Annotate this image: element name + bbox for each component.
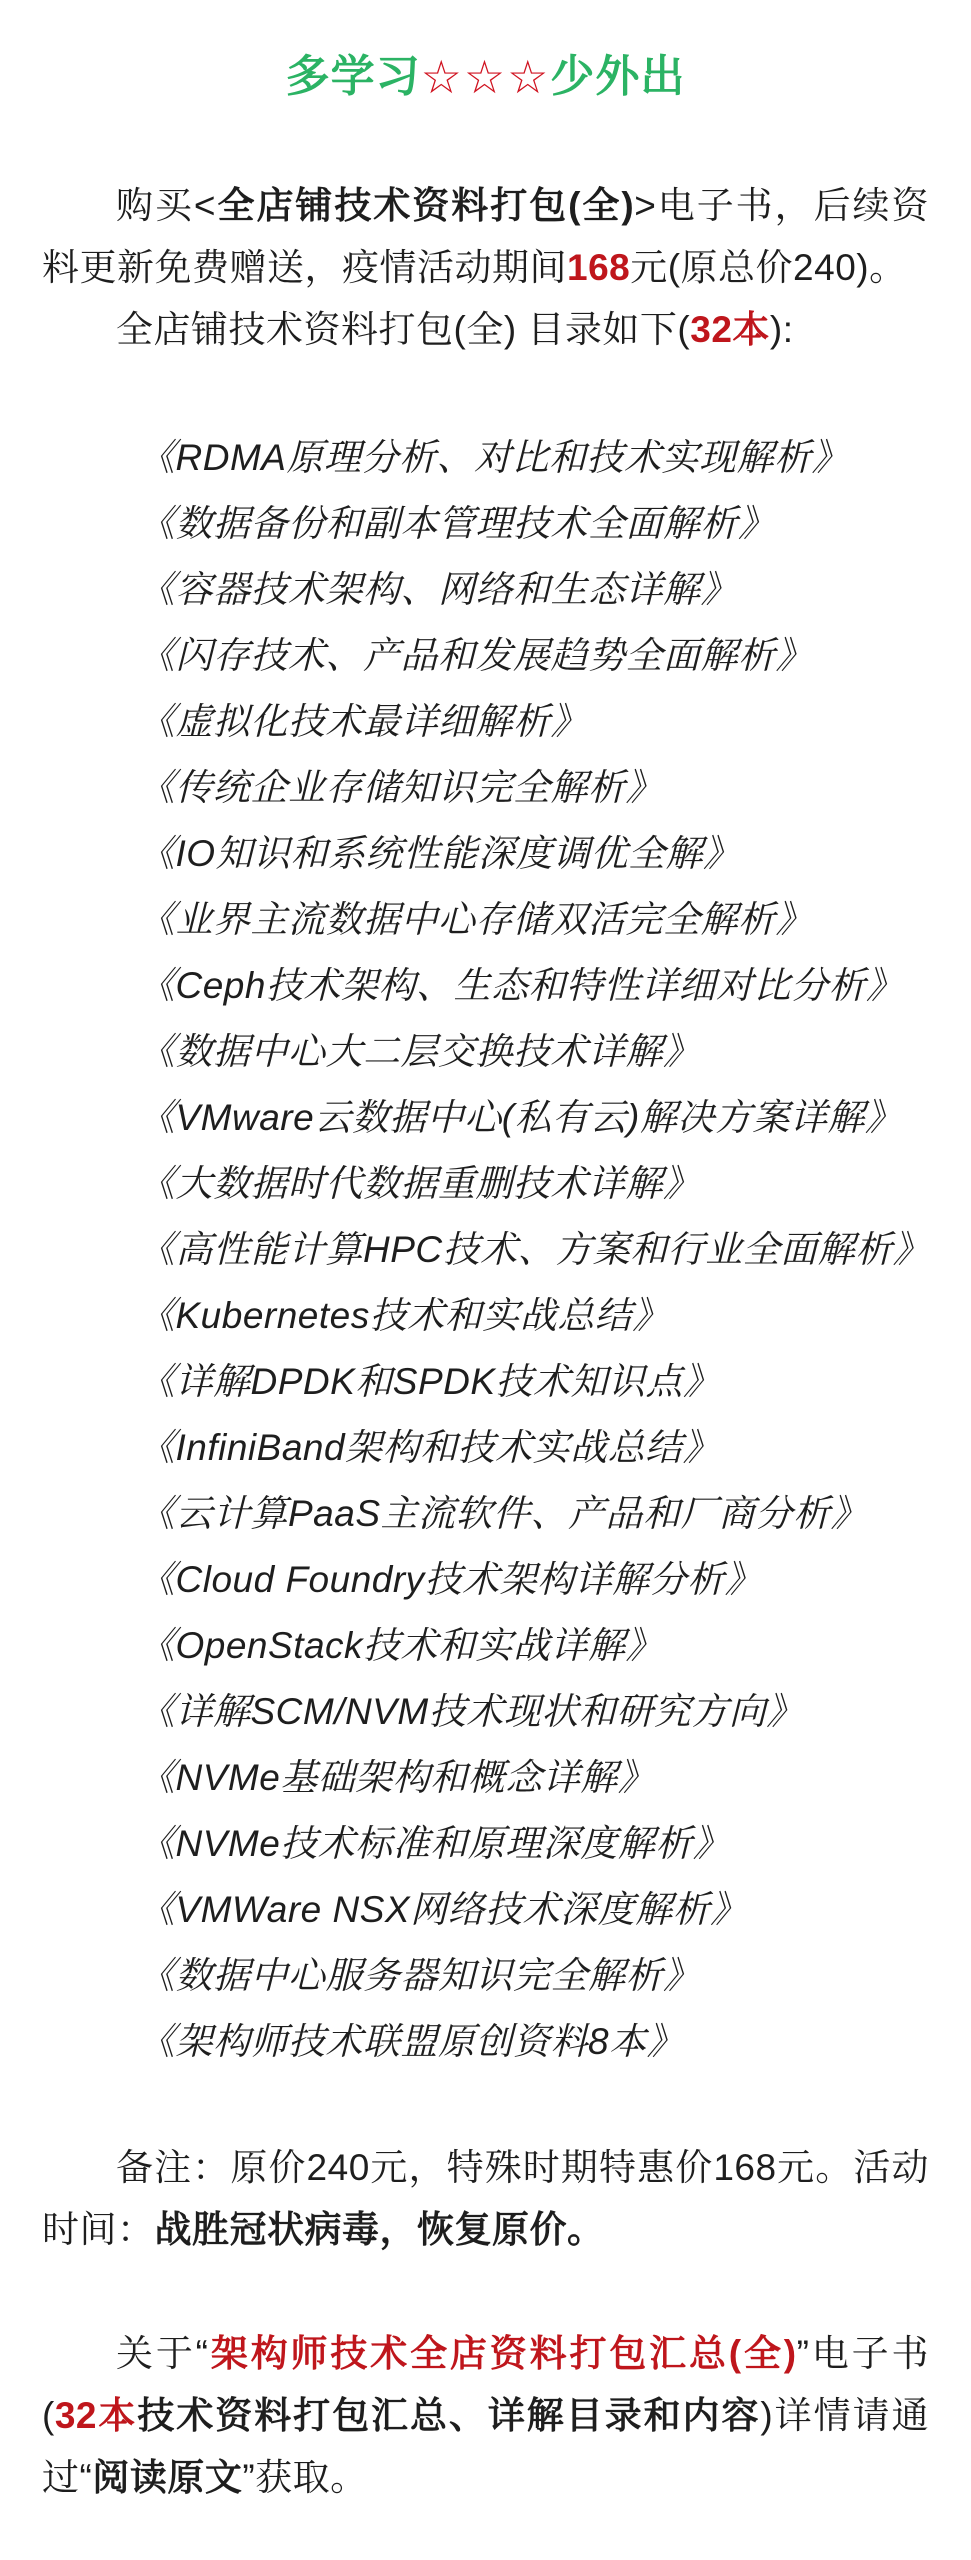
list-item: 《数据中心大二层交换技术详解》	[138, 1019, 929, 1085]
page-title: 多学习☆☆☆少外出	[42, 52, 929, 103]
catalog-run-2: ):	[770, 309, 794, 350]
intro-run-1: 购买<	[116, 185, 216, 226]
list-item: 《数据备份和副本管理技术全面解析》	[138, 491, 929, 557]
list-item: 《高性能计算HPC技术、方案和行业全面解析》	[138, 1217, 929, 1283]
list-item: 《Ceph技术架构、生态和特性详细对比分析》	[138, 953, 929, 1019]
list-item: 《容器技术架构、网络和生态详解》	[138, 557, 929, 623]
list-item: 《VMware云数据中心(私有云)解决方案详解》	[138, 1085, 929, 1151]
list-item: 《NVMe基础架构和概念详解》	[138, 1745, 929, 1811]
footer-run-4: ”获取。	[242, 2457, 367, 2498]
star-icons: ☆☆☆	[421, 51, 551, 103]
list-item: 《详解DPDK和SPDK技术知识点》	[138, 1349, 929, 1415]
list-item: 《InfiniBand架构和技术实战总结》	[138, 1415, 929, 1481]
list-item: 《闪存技术、产品和发展趋势全面解析》	[138, 623, 929, 689]
list-item: 《虚拟化技术最详细解析》	[138, 689, 929, 755]
catalog-run-1: 全店铺技术资料打包(全) 目录如下(	[116, 309, 690, 350]
list-item: 《Cloud Foundry技术架构详解分析》	[138, 1547, 929, 1613]
list-item: 《数据中心服务器知识完全解析》	[138, 1943, 929, 2009]
list-item: 《IO知识和系统性能深度调优全解》	[138, 821, 929, 887]
intro-run-3: 元(原总价240)。	[630, 247, 906, 288]
note-bold-phrase: 战胜冠状病毒，恢复原价。	[155, 2209, 605, 2250]
list-item: 《云计算PaaS主流软件、产品和厂商分析》	[138, 1481, 929, 1547]
list-item: 《架构师技术联盟原创资料8本》	[138, 2009, 929, 2075]
book-list: 《RDMA原理分析、对比和技术实现解析》《数据备份和副本管理技术全面解析》《容器…	[42, 425, 929, 2075]
list-item: 《业界主流数据中心存储双活完全解析》	[138, 887, 929, 953]
article-page: 多学习☆☆☆少外出 购买<全店铺技术资料打包(全)>电子书，后续资料更新免费赠送…	[0, 0, 971, 2560]
note-paragraph: 备注：原价240元，特殊时期特惠价168元。活动时间：战胜冠状病毒，恢复原价。	[42, 2137, 929, 2261]
title-left-text: 多学习	[286, 52, 421, 101]
list-item: 《传统企业存储知识完全解析》	[138, 755, 929, 821]
footer-contents-bold: 技术资料打包汇总、详解目录和内容	[137, 2395, 760, 2436]
footer-paragraph: 关于“架构师技术全店资料打包汇总(全)”电子书(32本技术资料打包汇总、详解目录…	[42, 2323, 929, 2509]
price-168-highlight: 168	[567, 247, 630, 288]
book-count-highlight: 32本	[690, 309, 770, 350]
list-item: 《RDMA原理分析、对比和技术实现解析》	[138, 425, 929, 491]
footer-run-1: 关于“	[116, 2333, 209, 2374]
intro-paragraph: 购买<全店铺技术资料打包(全)>电子书，后续资料更新免费赠送，疫情活动期间168…	[42, 175, 929, 299]
list-item: 《VMWare NSX网络技术深度解析》	[138, 1877, 929, 1943]
list-item: 《NVMe技术标准和原理深度解析》	[138, 1811, 929, 1877]
list-item: 《Kubernetes技术和实战总结》	[138, 1283, 929, 1349]
list-item: 《详解SCM/NVM技术现状和研究方向》	[138, 1679, 929, 1745]
title-right-text: 少外出	[550, 52, 685, 101]
footer-package-name-red: 架构师技术全店资料打包汇总(全)	[209, 2333, 797, 2374]
list-item: 《OpenStack技术和实战详解》	[138, 1613, 929, 1679]
list-item: 《大数据时代数据重删技术详解》	[138, 1151, 929, 1217]
package-name-bold: 全店铺技术资料打包(全)	[216, 185, 634, 226]
catalog-heading: 全店铺技术资料打包(全) 目录如下(32本):	[42, 299, 929, 361]
footer-book-count-red: 32本	[55, 2395, 138, 2436]
read-original-bold: 阅读原文	[92, 2457, 242, 2498]
